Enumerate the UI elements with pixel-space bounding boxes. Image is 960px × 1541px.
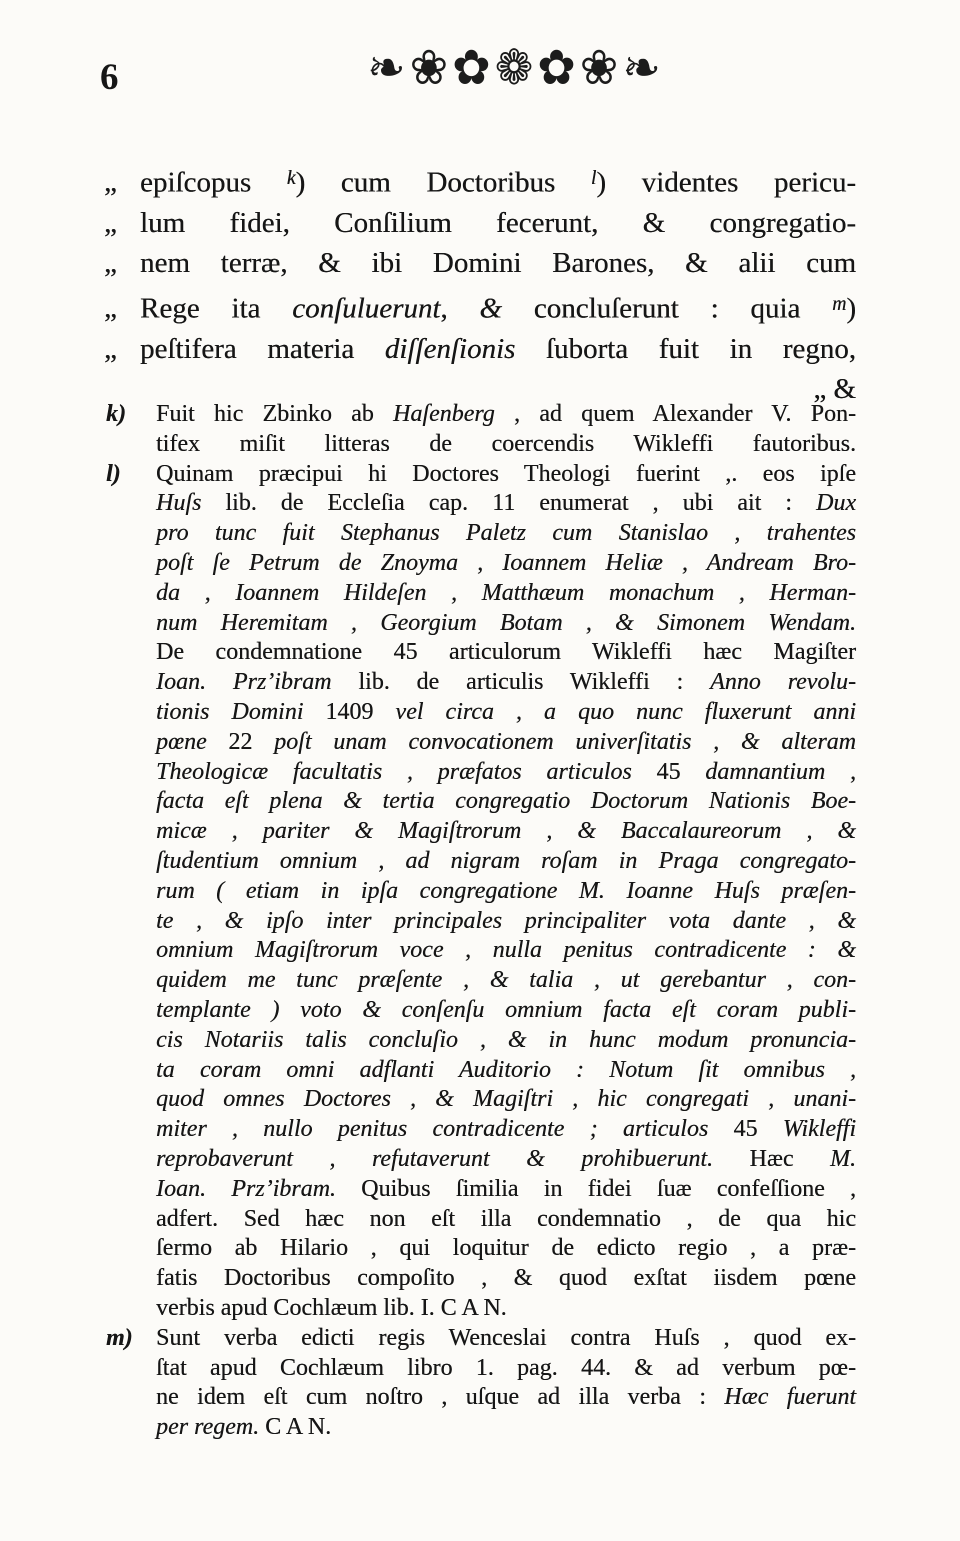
text-line: Theologicæ facultatis , præfatos articul… (156, 758, 856, 788)
text-line: Quinam præcipui hi Doctores Theologi fue… (156, 460, 856, 490)
text-segment: facta eſt plena & tertia congregatio Doc… (156, 788, 856, 814)
text-segment: Ioan. Prz’ibram (156, 669, 332, 695)
text-segment: lum fidei, Conſilium fecerunt, & congreg… (140, 207, 856, 239)
text-segment: M. (830, 1146, 856, 1172)
text-segment: templante ) voto & conſenſu omnium facta… (156, 997, 856, 1023)
text-segment: fatis Doctoribus compoſito , & quod exſt… (156, 1265, 856, 1291)
footnote: l)Quinam præcipui hi Doctores Theologi f… (104, 460, 856, 1324)
text-line: fatis Doctoribus compoſito , & quod exſt… (156, 1264, 856, 1294)
text-segment: ſtudentium omnium , ad nigram roſam in P… (156, 848, 856, 874)
text-line: pro tunc fuit Stephanus Paletz cum Stani… (156, 519, 856, 549)
text-line: da , Ioannem Hildeſen , Matthæum monachu… (156, 579, 856, 609)
text-line: reprobaverunt , refutaverunt & prohibuer… (156, 1145, 856, 1175)
text-segment: concluſerunt : quia (502, 292, 832, 324)
text-line: „epiſcopus k) cum Doctoribus l) videntes… (104, 158, 856, 203)
text-segment: Anno revolu- (710, 669, 856, 695)
text-line: cis Notariis talis concluſio , & in hunc… (156, 1026, 856, 1056)
text-segment: ) videntes pericu- (596, 166, 856, 198)
text-segment: Hæc fuerunt (724, 1384, 856, 1410)
text-segment: ) cum Doctoribus (296, 166, 591, 198)
text-segment: tionis Domini (156, 699, 325, 725)
text-segment: Hæc (713, 1146, 830, 1172)
book-page-scan: 6 ❧❀✿❁✿❀❧ „epiſcopus k) cum Doctoribus l… (0, 0, 960, 1541)
text-segment: micæ , pariter & Magiſtrorum , & Baccala… (156, 818, 856, 844)
text-line: micæ , pariter & Magiſtrorum , & Baccala… (156, 817, 856, 847)
text-segment: ſtat apud Cochlæum libro 1. pag. 44. & a… (156, 1355, 856, 1381)
text-line: „peſtifera materia diſſenſionis ſuborta … (104, 329, 856, 370)
text-segment: ne idem eſt cum noſtro , uſque ad illa v… (156, 1384, 724, 1410)
text-segment: De condemnatione 45 articulorum Wikleffi… (156, 639, 856, 665)
footnote-marker: k) (106, 400, 126, 430)
text-line: num Heremitam , Georgium Botam , & Simon… (156, 609, 856, 639)
text-segment: C A N. (259, 1414, 331, 1440)
headpiece-ornament: ❧❀✿❁✿❀❧ (0, 40, 960, 94)
text-line: verbis apud Cochlæum lib. I. C A N. (156, 1294, 856, 1324)
text-line: te , & ipſo inter principales principali… (156, 907, 856, 937)
text-segment: „ (104, 288, 140, 329)
text-segment: epiſcopus (140, 166, 287, 198)
text-segment: per regem. (156, 1414, 259, 1440)
text-line: quidem me tunc præſente , & talia , ut g… (156, 966, 856, 996)
text-line: quod omnes Doctores , & Magiſtri , hic c… (156, 1085, 856, 1115)
text-segment: ta coram omni adflanti Auditorio : Notum… (156, 1057, 856, 1083)
text-segment: „ (104, 243, 140, 284)
text-line: ta coram omni adflanti Auditorio : Notum… (156, 1056, 856, 1086)
text-line: omnium Magiſtrorum voce , nulla penitus … (156, 936, 856, 966)
text-segment: 45 (733, 1116, 757, 1142)
text-segment: Quibus ſimilia in fidei ſuæ confeſſione … (336, 1176, 856, 1202)
text-line: ſtudentium omnium , ad nigram roſam in P… (156, 847, 856, 877)
text-segment: vel circa , a quo nunc (373, 699, 704, 725)
text-segment: poſt unam convocationem univerſitatis , … (252, 729, 856, 755)
text-segment: lib. de articulis Wikleffi : (332, 669, 711, 695)
text-line: „lum fidei, Conſilium fecerunt, & congre… (104, 203, 856, 244)
text-segment: miter , nullo penitus contradicente ; ar… (156, 1116, 733, 1142)
text-segment: Wikleffi (757, 1116, 856, 1142)
text-line: ſermo ab Hilario , qui loquitur de edict… (156, 1234, 856, 1264)
text-segment: pœne (156, 729, 228, 755)
text-segment: pro tunc fuit Stephanus Paletz cum Stani… (156, 520, 856, 546)
text-line: Sunt verba edicti regis Wenceslai contra… (156, 1324, 856, 1354)
text-segment: Huſs (156, 490, 201, 516)
text-line: Fuit hic Zbinko ab Haſenberg , ad quem A… (156, 400, 856, 430)
text-segment: omnium Magiſtrorum voce , nulla penitus … (156, 937, 856, 963)
text-line: templante ) voto & conſenſu omnium facta… (156, 996, 856, 1026)
text-line: tionis Domini 1409 vel circa , a quo nun… (156, 698, 856, 728)
text-line: poſt ſe Petrum de Znoyma , Ioannem Heliæ… (156, 549, 856, 579)
text-segment: Dux (816, 490, 856, 516)
text-line: per regem. C A N. (156, 1413, 856, 1443)
text-segment: 22 (228, 729, 252, 755)
footnote: m)Sunt verba edicti regis Wenceslai cont… (104, 1324, 856, 1443)
text-segment: „ (104, 329, 140, 370)
text-segment: 45 (656, 759, 680, 785)
text-segment: reprobaverunt , refutaverunt & prohibuer… (156, 1146, 713, 1172)
footnote-marker: l) (106, 460, 121, 490)
text-segment: Ioan. Prz’ibram. (156, 1176, 336, 1202)
text-segment: da , Ioannem Hildeſen , Matthæum monachu… (156, 580, 856, 606)
text-segment: peſtifera materia (140, 333, 385, 365)
footnote-marker: m) (106, 1324, 133, 1354)
text-line: tifex miſit litteras de coercendis Wikle… (156, 430, 856, 460)
text-segment: ) (846, 292, 856, 324)
text-segment: rum ( etiam in ipſa congregatione M. Ioa… (156, 878, 856, 904)
text-segment: lib. de Eccleſia cap. 11 enumerat , ubi … (201, 490, 816, 516)
footnote-reference-mark: k (287, 167, 296, 189)
text-segment: fluxerunt anni (705, 699, 856, 725)
quote-paragraph: „epiſcopus k) cum Doctoribus l) videntes… (104, 158, 856, 410)
text-line: Ioan. Prz’ibram lib. de articulis Wiklef… (156, 668, 856, 698)
footnote: k)Fuit hic Zbinko ab Haſenberg , ad quem… (104, 400, 856, 460)
text-line: De condemnatione 45 articulorum Wikleffi… (156, 638, 856, 668)
text-segment: ſermo ab Hilario , qui loquitur de edict… (156, 1235, 856, 1261)
text-line: miter , nullo penitus contradicente ; ar… (156, 1115, 856, 1145)
text-line: Huſs lib. de Eccleſia cap. 11 enumerat ,… (156, 489, 856, 519)
text-segment: nem terræ, & ibi Domini Barones, & alii … (140, 247, 856, 279)
text-segment: Fuit hic Zbinko ab (156, 401, 393, 427)
text-segment: conſuluerunt (292, 292, 440, 324)
text-line: „Rege ita conſuluerunt, & concluſerunt :… (104, 284, 856, 329)
text-segment: , (440, 292, 479, 324)
text-segment: „ (104, 162, 140, 203)
text-line: ſtat apud Cochlæum libro 1. pag. 44. & a… (156, 1354, 856, 1384)
text-line: pœne 22 poſt unam convocationem univerſi… (156, 728, 856, 758)
text-segment: cis Notariis talis concluſio , & in hunc… (156, 1027, 856, 1053)
text-segment: 1409 (325, 699, 373, 725)
text-line: adfert. Sed hæc non eſt illa condemnatio… (156, 1205, 856, 1235)
text-line: rum ( etiam in ipſa congregatione M. Ioa… (156, 877, 856, 907)
text-segment: diſſenſionis (385, 333, 516, 365)
text-segment: poſt ſe Petrum de Znoyma , Ioannem Heliæ… (156, 550, 856, 576)
text-segment: „ (104, 203, 140, 244)
text-line: „nem terræ, & ibi Domini Barones, & alii… (104, 243, 856, 284)
text-segment: , ad quem Alexander V. Pon- (495, 401, 856, 427)
text-segment: num Heremitam , Georgium Botam , & Simon… (156, 610, 856, 636)
text-segment: Haſenberg (393, 401, 495, 427)
text-segment: damnantium , (680, 759, 856, 785)
text-segment: adfert. Sed hæc non eſt illa condemnatio… (156, 1206, 856, 1232)
text-segment: Sunt verba edicti regis Wenceslai contra… (156, 1325, 856, 1351)
text-line: ne idem eſt cum noſtro , uſque ad illa v… (156, 1383, 856, 1413)
text-line: Ioan. Prz’ibram. Quibus ſimilia in fidei… (156, 1175, 856, 1205)
footnotes: k)Fuit hic Zbinko ab Haſenberg , ad quem… (104, 400, 856, 1443)
text-segment: Theologicæ facultatis , præfatos articul… (156, 759, 656, 785)
text-segment: quod omnes Doctores , & Magiſtri , hic c… (156, 1086, 856, 1112)
floral-ornament-icon: ❧❀✿❁✿❀❧ (367, 39, 665, 96)
text-segment: Rege ita (140, 292, 292, 324)
text-segment: & (479, 292, 502, 324)
text-segment: tifex miſit litteras de coercendis Wikle… (156, 431, 856, 457)
text-line: facta eſt plena & tertia congregatio Doc… (156, 787, 856, 817)
text-segment: Quinam præcipui hi Doctores Theologi fue… (156, 461, 856, 487)
text-segment: ſuborta fuit in regno, (515, 333, 856, 365)
text-segment: verbis apud Cochlæum lib. I. C A N. (156, 1295, 507, 1321)
footnote-reference-mark: m (832, 293, 846, 315)
text-segment: te , & ipſo inter principales principali… (156, 908, 856, 934)
text-segment: quidem me tunc præſente , & talia , ut g… (156, 967, 856, 993)
